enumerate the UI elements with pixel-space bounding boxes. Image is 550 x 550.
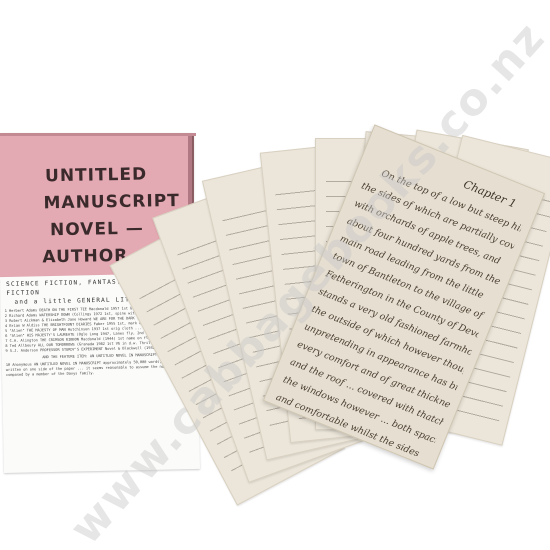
box-top-edge [0,133,196,136]
box-label-line: UNTITLED [45,161,195,191]
photo-stage: UNTITLED MANUSCRIPT NOVEL — AUTHOR : DAV… [0,0,550,550]
